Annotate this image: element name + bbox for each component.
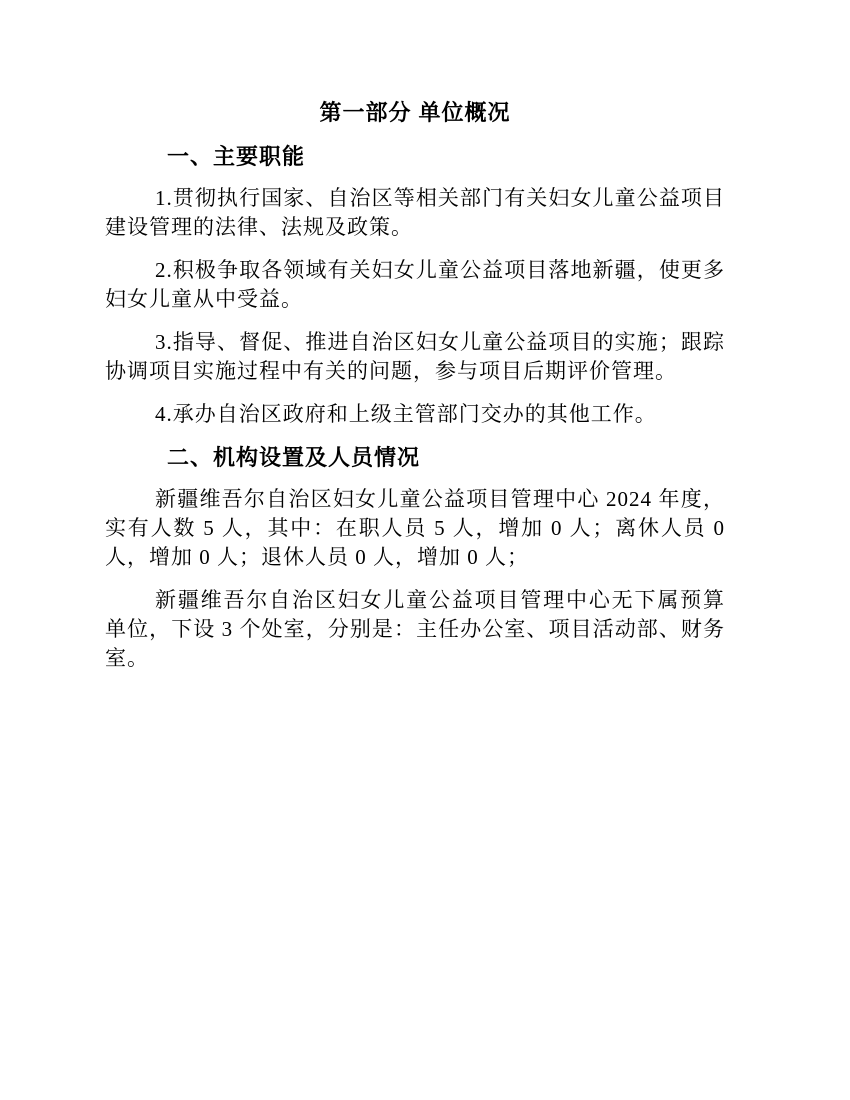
section-heading-main-functions: 一、主要职能	[105, 142, 725, 171]
paragraph-function-4: 4.承办自治区政府和上级主管部门交办的其他工作。	[105, 400, 725, 429]
document-title: 第一部分 单位概况	[105, 98, 725, 127]
paragraph-function-3: 3.指导、督促、推进自治区妇女儿童公益项目的实施；跟踪协调项目实施过程中有关的问…	[105, 328, 725, 386]
paragraph-function-1: 1.贯彻执行国家、自治区等相关部门有关妇女儿童公益项目建设管理的法律、法规及政策…	[105, 184, 725, 242]
section-heading-organization-staffing: 二、机构设置及人员情况	[105, 443, 725, 472]
document-page: 第一部分 单位概况 一、主要职能 1.贯彻执行国家、自治区等相关部门有关妇女儿童…	[0, 0, 850, 1100]
paragraph-subordinate-units: 新疆维吾尔自治区妇女儿童公益项目管理中心无下属预算单位，下设 3 个处室，分别是…	[105, 586, 725, 673]
paragraph-staffing: 新疆维吾尔自治区妇女儿童公益项目管理中心 2024 年度，实有人数 5 人，其中…	[105, 485, 725, 572]
paragraph-function-2: 2.积极争取各领域有关妇女儿童公益项目落地新疆，使更多妇女儿童从中受益。	[105, 256, 725, 314]
